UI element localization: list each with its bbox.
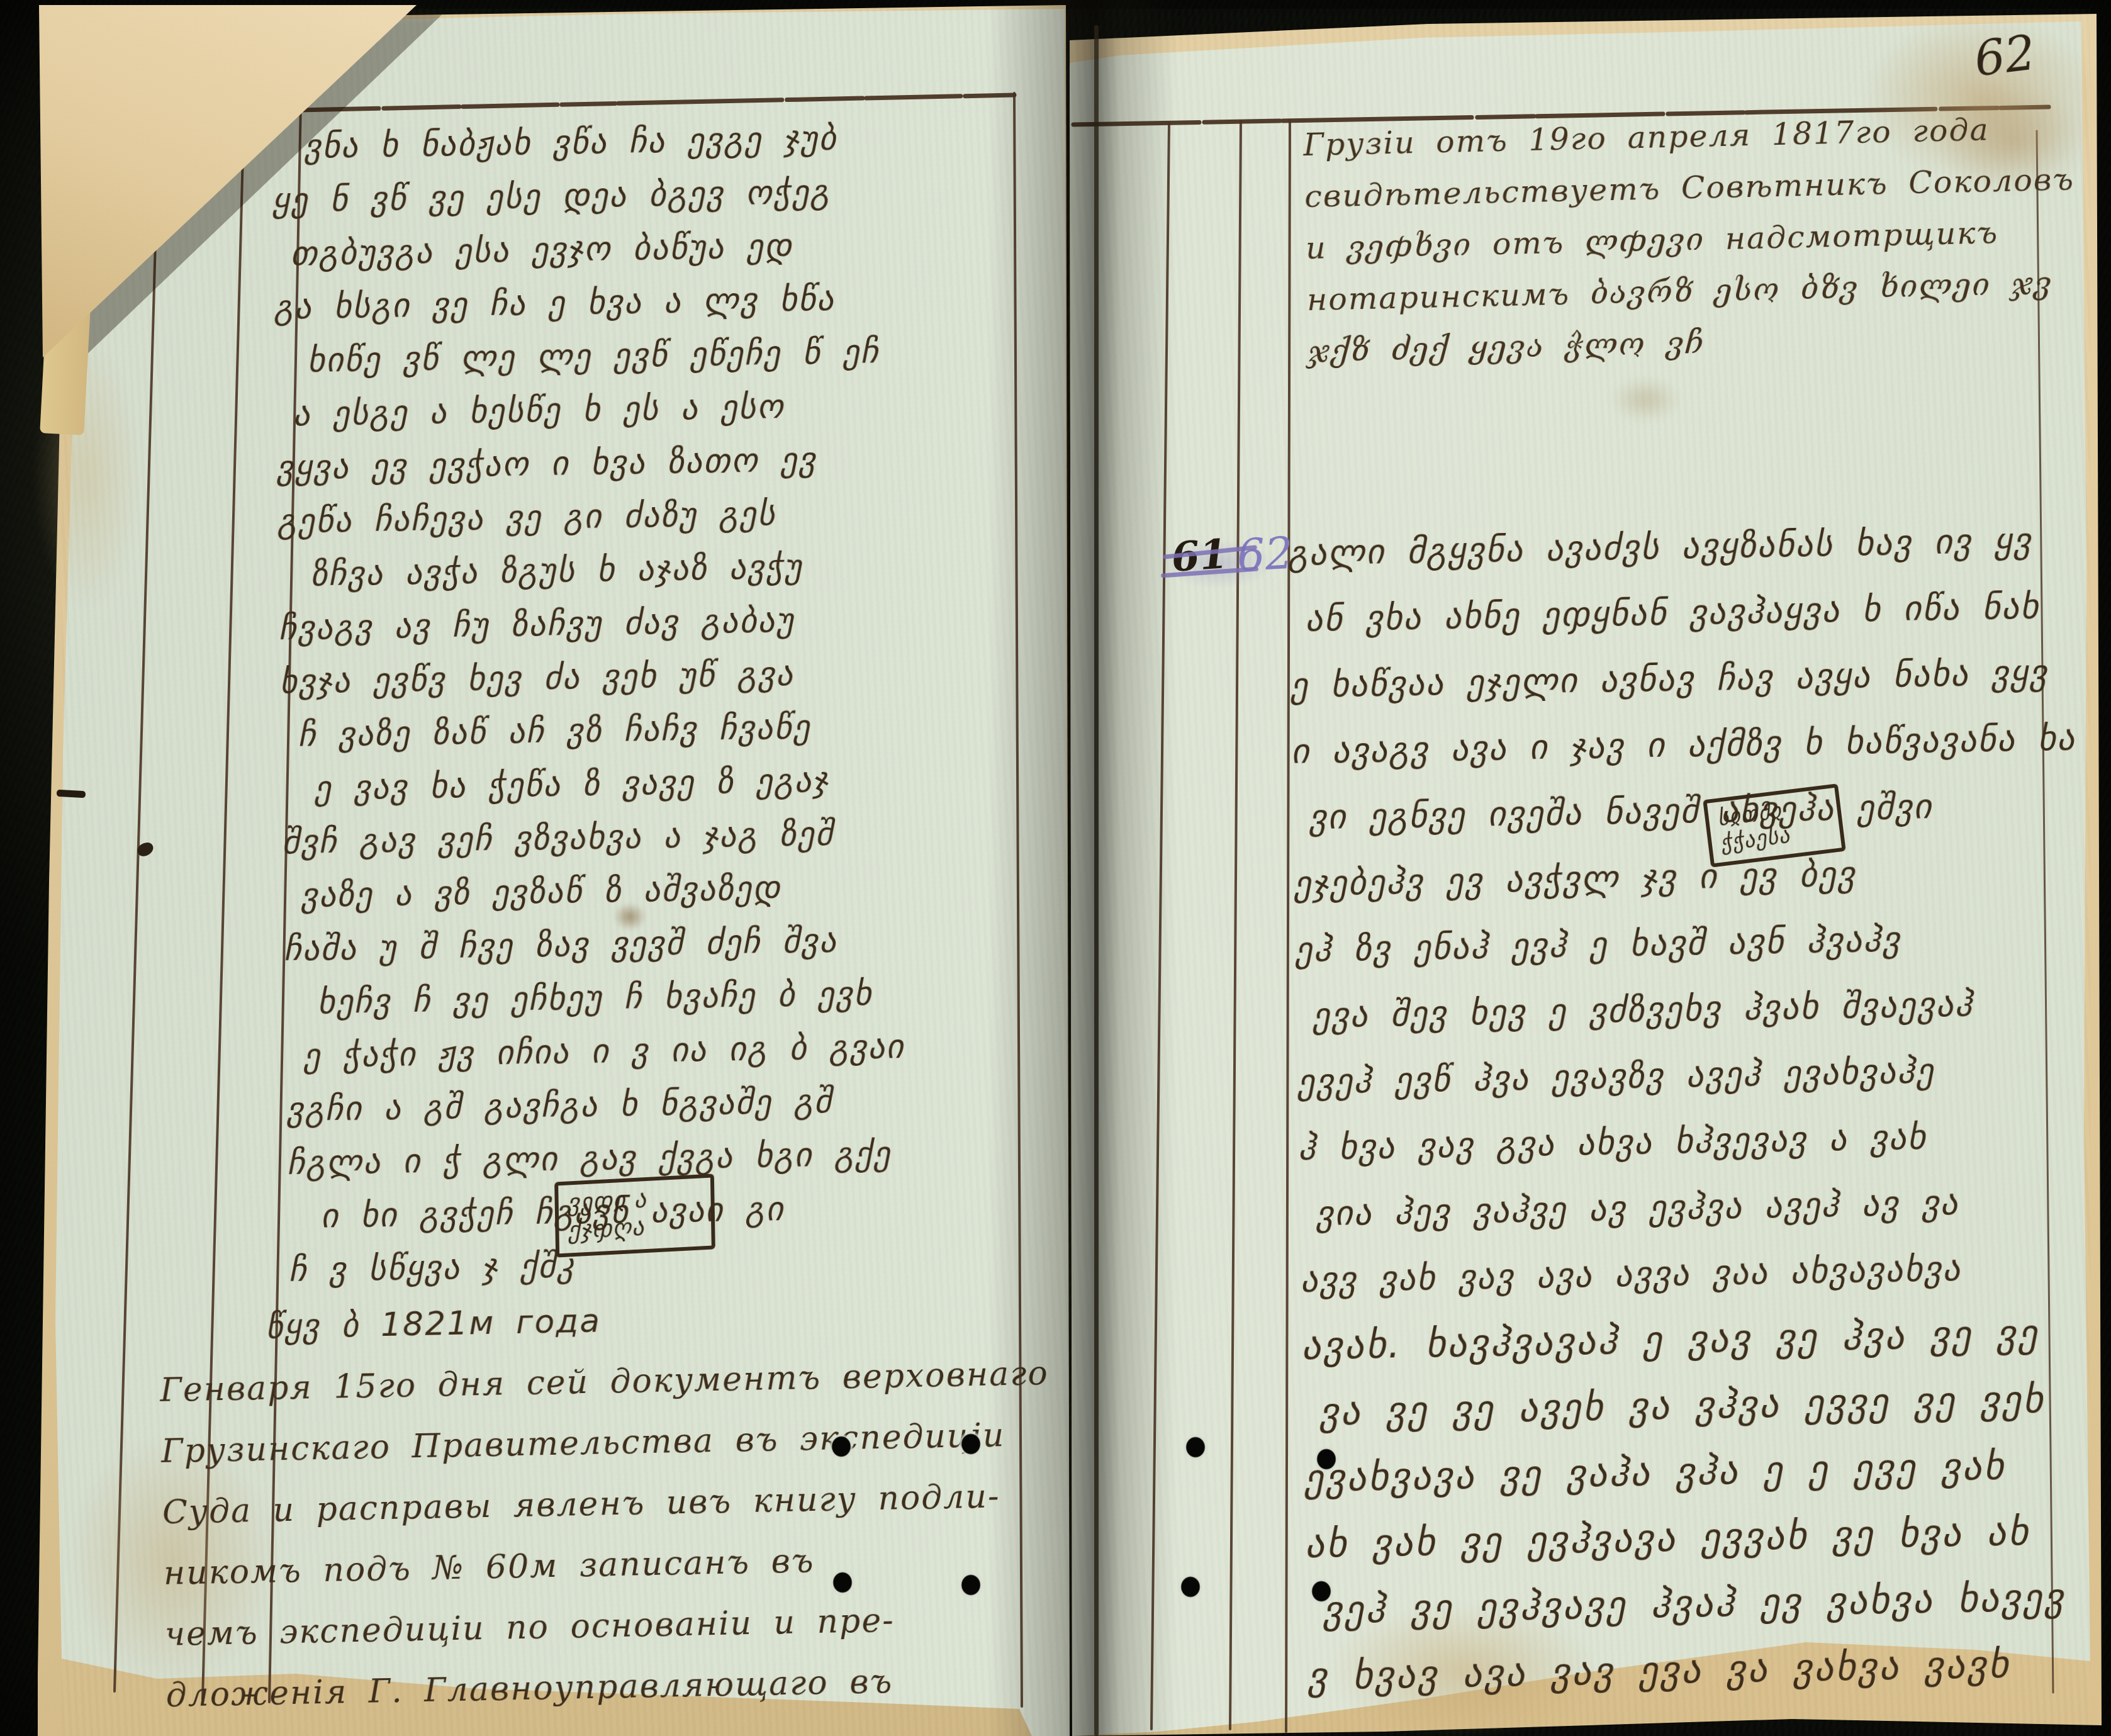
punch-hole — [1306, 1574, 1337, 1608]
punch-hole — [827, 1565, 858, 1599]
page-number: 62 — [1971, 24, 2039, 87]
text-line: ევა შევ ხევ ე ვძზვეხვ ჰვახ შვაევაჰ — [1295, 969, 2083, 1049]
manuscript-scan: ვნა ხ ნაბჟახ ვწა ჩა ევგე ჯუბყე ნ ვწ ვე ე… — [0, 0, 2111, 1736]
punch-hole — [1311, 1442, 1342, 1476]
stain — [1611, 378, 1680, 422]
punch-hole — [826, 1430, 857, 1464]
right-page-russian-header: Грузіи отъ 19го апреля 1817го годасвидѣт… — [1303, 102, 2089, 378]
right-page-margin-rule — [1286, 120, 1290, 1732]
text-line: ვ ხვავ ავა ვავ ევა ვა ვახვა ვავხ — [1307, 1630, 2095, 1710]
right-page-margin-rule — [1151, 123, 1169, 1729]
ink-dash — [57, 790, 86, 798]
punch-hole — [955, 1568, 987, 1602]
punch-hole — [955, 1427, 987, 1461]
punch-hole — [1175, 1570, 1206, 1604]
boxed-annotation-left: ვედჲ ა ქჯჶღა — [554, 1173, 715, 1257]
right-page-georgian-text: გალი მგყვნა ავაძვს ავყზანას ხავ ივ ყვან … — [1287, 507, 2095, 1710]
right-page-margin-rule — [1230, 121, 1241, 1729]
margin-number-new: 62 — [1236, 527, 1294, 582]
binding-crease — [1094, 25, 1099, 1736]
left-page-russian-note: წყვ ბ 1821м годаГенваря 15го дня сей док… — [159, 1283, 1010, 1727]
punch-hole — [1180, 1430, 1211, 1464]
text-line: ი ავაგვ ავა ი ჯავ ი აქმზვ ხ ხაწვავანა ხა — [1291, 705, 2078, 785]
left-page-georgian-text: ვნა ხ ნაბჟახ ვწა ჩა ევგე ჯუბყე ნ ვწ ვე ე… — [271, 109, 1038, 1297]
